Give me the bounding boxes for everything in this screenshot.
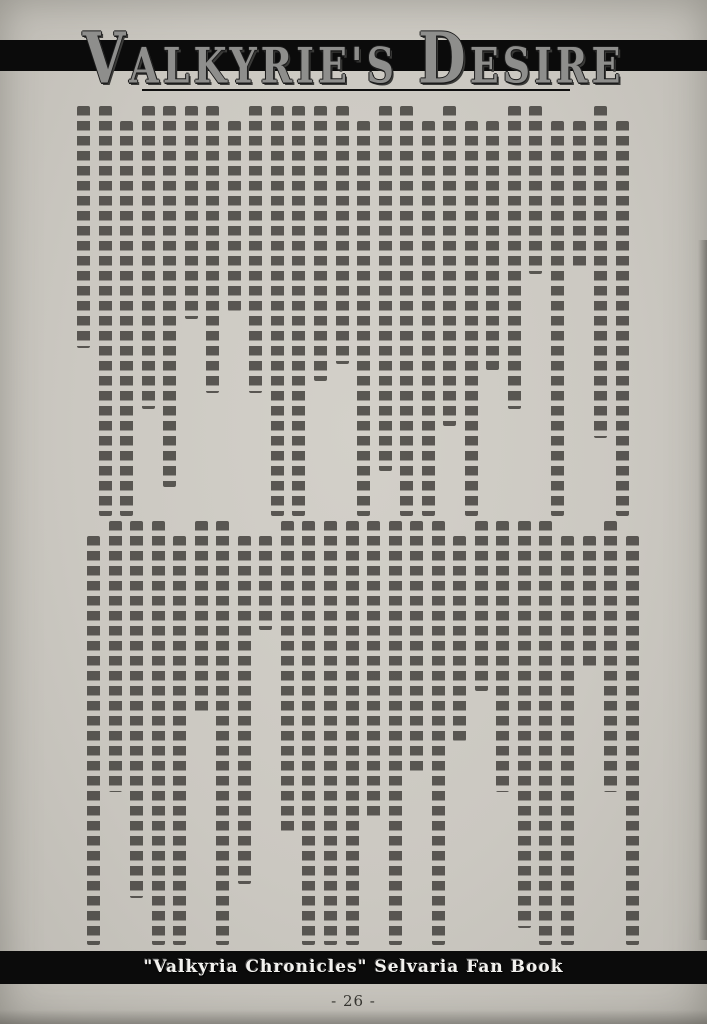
- redacted-text-column: [228, 121, 241, 311]
- redacted-text-column: [529, 106, 542, 274]
- redacted-text-column: [206, 106, 219, 393]
- redacted-text-column: [551, 121, 564, 516]
- page-title: VALKYRIE'SDESIRE: [0, 16, 707, 99]
- redacted-text-column: [120, 121, 133, 516]
- redacted-text-column: [130, 521, 143, 898]
- title-initial-1: V: [83, 16, 130, 99]
- footer-book-title: "Valkyria Chronicles" Selvaria Fan Book: [0, 951, 707, 984]
- scan-shadow-right-edge: [698, 240, 707, 940]
- redacted-text-column: [410, 521, 423, 775]
- redacted-text-column: [422, 121, 435, 516]
- redacted-text-column: [195, 521, 208, 716]
- title-initial-2: D: [418, 16, 470, 99]
- redacted-text-column: [518, 521, 531, 928]
- redacted-text-column: [475, 521, 488, 691]
- redacted-text-column: [573, 121, 586, 267]
- redacted-text-column: [432, 521, 445, 945]
- redacted-text-column: [508, 106, 521, 409]
- redacted-text-column: [367, 521, 380, 818]
- vertical-text-block-bottom: [87, 521, 639, 945]
- redacted-text-column: [109, 521, 122, 792]
- scan-shadow-bottom-edge: [0, 1010, 707, 1024]
- page-number: - 26 -: [0, 992, 707, 1010]
- redacted-text-column: [271, 106, 284, 516]
- redacted-text-column: [583, 536, 596, 671]
- redacted-text-column: [486, 121, 499, 370]
- redacted-text-column: [539, 521, 552, 945]
- redacted-text-column: [99, 106, 112, 516]
- redacted-text-column: [216, 521, 229, 945]
- redacted-text-column: [357, 121, 370, 516]
- vertical-text-block-top: [77, 106, 629, 516]
- title-underline: [142, 89, 570, 91]
- redacted-text-column: [594, 106, 607, 438]
- redacted-text-column: [173, 536, 186, 945]
- redacted-text-column: [292, 106, 305, 516]
- title-rest-2: ESIRE: [470, 36, 625, 94]
- redacted-text-column: [185, 106, 198, 319]
- redacted-text-column: [142, 106, 155, 409]
- redacted-text-column: [324, 521, 337, 945]
- redacted-text-column: [302, 521, 315, 945]
- redacted-text-column: [152, 521, 165, 945]
- redacted-text-column: [259, 536, 272, 630]
- redacted-text-column: [561, 536, 574, 945]
- redacted-text-column: [281, 521, 294, 835]
- redacted-text-column: [346, 521, 359, 945]
- title-rest-1: ALKYRIE'S: [129, 36, 398, 94]
- redacted-text-column: [443, 106, 456, 426]
- redacted-text-column: [336, 106, 349, 364]
- redacted-text-column: [238, 536, 251, 884]
- redacted-text-column: [626, 536, 639, 945]
- scanned-book-page: VALKYRIE'SDESIRE "Valkyria Chronicles" S…: [0, 0, 707, 1024]
- redacted-text-column: [163, 106, 176, 487]
- redacted-text-column: [249, 106, 262, 393]
- redacted-text-column: [314, 106, 327, 381]
- redacted-text-column: [87, 536, 100, 945]
- redacted-text-column: [616, 121, 629, 516]
- redacted-text-column: [389, 521, 402, 945]
- redacted-text-column: [379, 106, 392, 471]
- redacted-text-column: [77, 106, 90, 348]
- redacted-text-column: [496, 521, 509, 792]
- redacted-text-column: [604, 521, 617, 792]
- redacted-text-column: [400, 106, 413, 516]
- redacted-text-column: [465, 121, 478, 516]
- redacted-text-column: [453, 536, 466, 741]
